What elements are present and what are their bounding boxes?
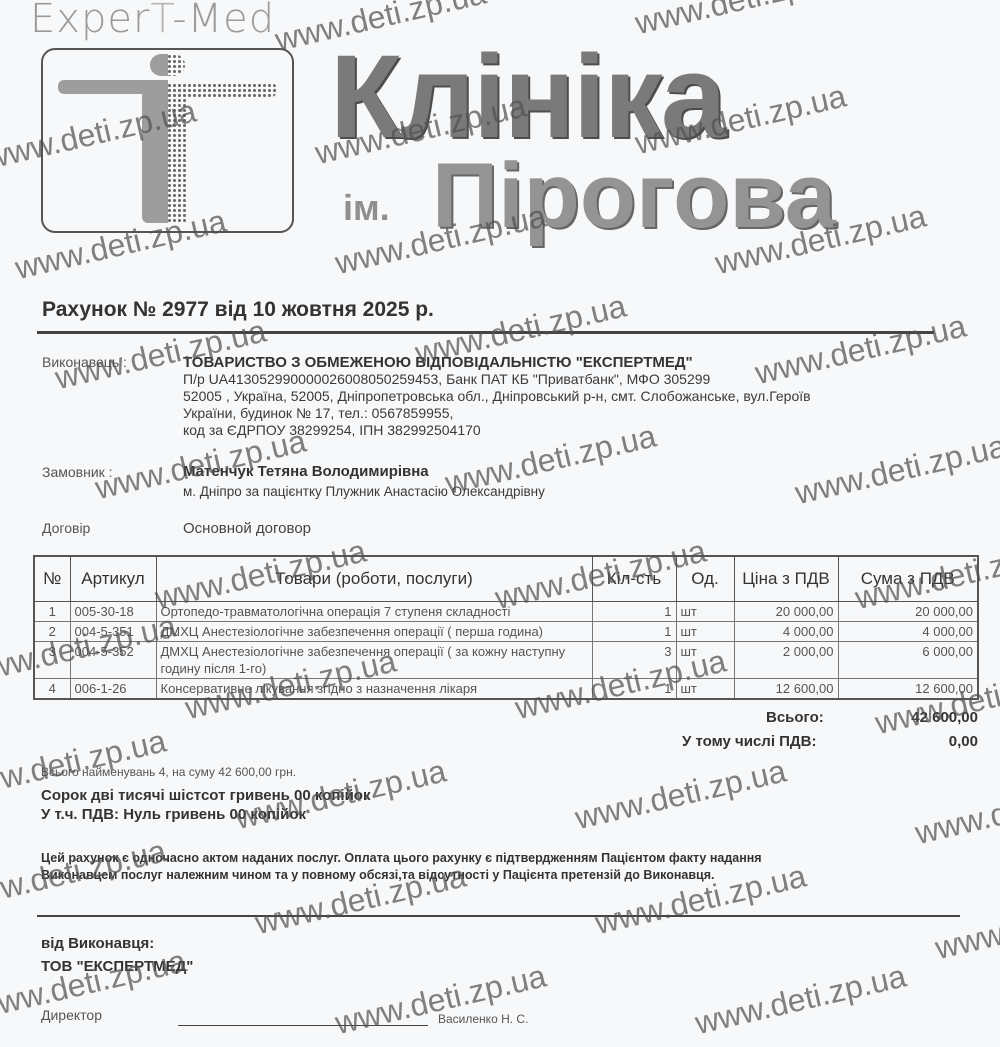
cell-goods: ДМХЦ Анестезіологічне забезпечення опера… (156, 622, 592, 642)
logo-figure-body (142, 80, 168, 223)
brand-logo-text: ExperT-Med (30, 0, 275, 42)
executor-name: ТОВАРИСТВО З ОБМЕЖЕНОЮ ВІДПОВІДАЛЬНІСТЮ … (183, 354, 943, 371)
cell-sum: 4 000,00 (838, 622, 978, 642)
vat-label: У тому числі ПДВ: (682, 733, 816, 750)
executor-company-short: ТОВ "ЕКСПЕРТМЕД" (41, 956, 193, 978)
cell-sum: 12 600,00 (838, 679, 978, 700)
logo-figure-body-dotted (167, 83, 187, 223)
total-value: 42 600,00 (911, 709, 978, 726)
col-header-sum: Сума з ПДВ (838, 556, 978, 602)
cell-goods: Консервативне лікування згідно з назначе… (156, 679, 592, 700)
cell-unit: шт (676, 602, 734, 622)
cell-sku: 004-5-352 (70, 642, 156, 679)
cell-qty: 1 (592, 679, 676, 700)
col-header-goods: Товари (роботи, послуги) (156, 556, 592, 602)
signature-line (178, 1025, 428, 1026)
cell-sku: 006-1-26 (70, 679, 156, 700)
cell-sum: 6 000,00 (838, 642, 978, 679)
cell-number: 1 (34, 602, 70, 622)
logo-figure-head (150, 54, 168, 76)
customer-note: м. Дніпро за пацієнтку Плужник Анастасію… (183, 484, 545, 499)
invoice-title: Рахунок № 2977 від 10 жовтня 2025 р. (42, 298, 434, 322)
items-count-line: Всього найменувань 4, на суму 42 600,00 … (41, 765, 296, 779)
cell-price: 4 000,00 (734, 622, 838, 642)
cell-sku: 005-30-18 (70, 602, 156, 622)
cell-number: 2 (34, 622, 70, 642)
cell-sku: 004-5-351 (70, 622, 156, 642)
watermark: www.deti.zp.ua (692, 958, 910, 1042)
vat-value: 0,00 (949, 733, 978, 750)
title-divider (37, 331, 934, 334)
watermark: www.deti.zp.ua (572, 753, 790, 837)
watermark: www.deti.zp.ua (792, 428, 1000, 512)
cell-number: 4 (34, 679, 70, 700)
from-executor-label: від Виконавця: (41, 933, 154, 955)
col-header-number: № (34, 556, 70, 602)
customer-label: Замовник : (42, 464, 113, 480)
table-header-row: № Артикул Товари (роботи, послуги) Кіл-с… (34, 556, 978, 602)
executor-line: код за ЄДРПОУ 38299254, ІПН 382992504170 (183, 422, 943, 439)
amount-in-words: Сорок дві тисячі шістсот гривень 00 копі… (41, 786, 370, 805)
cell-goods: ДМХЦ Анестезіологічне забезпечення опера… (156, 642, 592, 679)
invoice-note-line2: Виконавцем послуг належним чином та у по… (41, 867, 715, 884)
cell-price: 20 000,00 (734, 602, 838, 622)
cell-unit: шт (676, 622, 734, 642)
table-row: 1 005-30-18 Ортопедо-травматологічна опе… (34, 602, 978, 622)
cell-qty: 3 (592, 642, 676, 679)
cell-price: 2 000,00 (734, 642, 838, 679)
signature-divider (37, 915, 960, 917)
table-row: 4 006-1-26 Консервативне лікування згідн… (34, 679, 978, 700)
watermark: www.deti.zp.ua (932, 883, 1000, 967)
watermark: www.deti.zp.ua (912, 768, 1000, 852)
executor-line: України, будинок № 17, тел.: 0567859955, (183, 405, 943, 422)
col-header-price: Ціна з ПДВ (734, 556, 838, 602)
brand-part-t: T (150, 0, 172, 42)
brand-part-med: -Med (172, 0, 275, 42)
cell-qty: 1 (592, 622, 676, 642)
brand-part-exper: Exper (30, 0, 150, 42)
table-row: 3 004-5-352 ДМХЦ Анестезіологічне забезп… (34, 642, 978, 679)
cell-price: 12 600,00 (734, 679, 838, 700)
cell-unit: шт (676, 679, 734, 700)
invoice-note-line1: Цей рахунок є одночасно актом наданих по… (41, 850, 762, 867)
vat-in-words: У т.ч. ПДВ: Нуль гривень 00 копійок (41, 805, 306, 824)
col-header-unit: Од. (676, 556, 734, 602)
contract-label: Договір (42, 520, 90, 536)
cell-unit: шт (676, 642, 734, 679)
executor-details: ТОВАРИСТВО З ОБМЕЖЕНОЮ ВІДПОВІДАЛЬНІСТЮ … (183, 354, 943, 439)
customer-name: Матенчук Тетяна Володимирівна (183, 463, 429, 480)
watermark: www.deti.zp.ua (332, 958, 550, 1042)
director-label: Директор (41, 1007, 102, 1023)
cell-qty: 1 (592, 602, 676, 622)
clinic-name-line2: Пірогова (432, 150, 836, 242)
executor-line: П/р UA413052990000026008050259453, Банк … (183, 371, 943, 388)
cell-goods: Ортопедо-травматологічна операція 7 ступ… (156, 602, 592, 622)
col-header-sku: Артикул (70, 556, 156, 602)
col-header-qty: Кіл-сть (592, 556, 676, 602)
executor-line: 52005 , Україна, 52005, Дніпропетровська… (183, 388, 943, 405)
clinic-name-im: ім. (343, 190, 390, 226)
items-table: № Артикул Товари (роботи, послуги) Кіл-с… (33, 555, 979, 700)
cell-number: 3 (34, 642, 70, 679)
contract-value: Основной договор (183, 520, 311, 537)
total-label: Всього: (766, 709, 824, 726)
clinic-name-line1: Клініка (330, 38, 725, 156)
table-row: 2 004-5-351 ДМХЦ Анестезіологічне забезп… (34, 622, 978, 642)
cell-sum: 20 000,00 (838, 602, 978, 622)
signer-name: Василенко Н. С. (438, 1012, 528, 1026)
executor-label: Виконавець : (42, 354, 127, 370)
